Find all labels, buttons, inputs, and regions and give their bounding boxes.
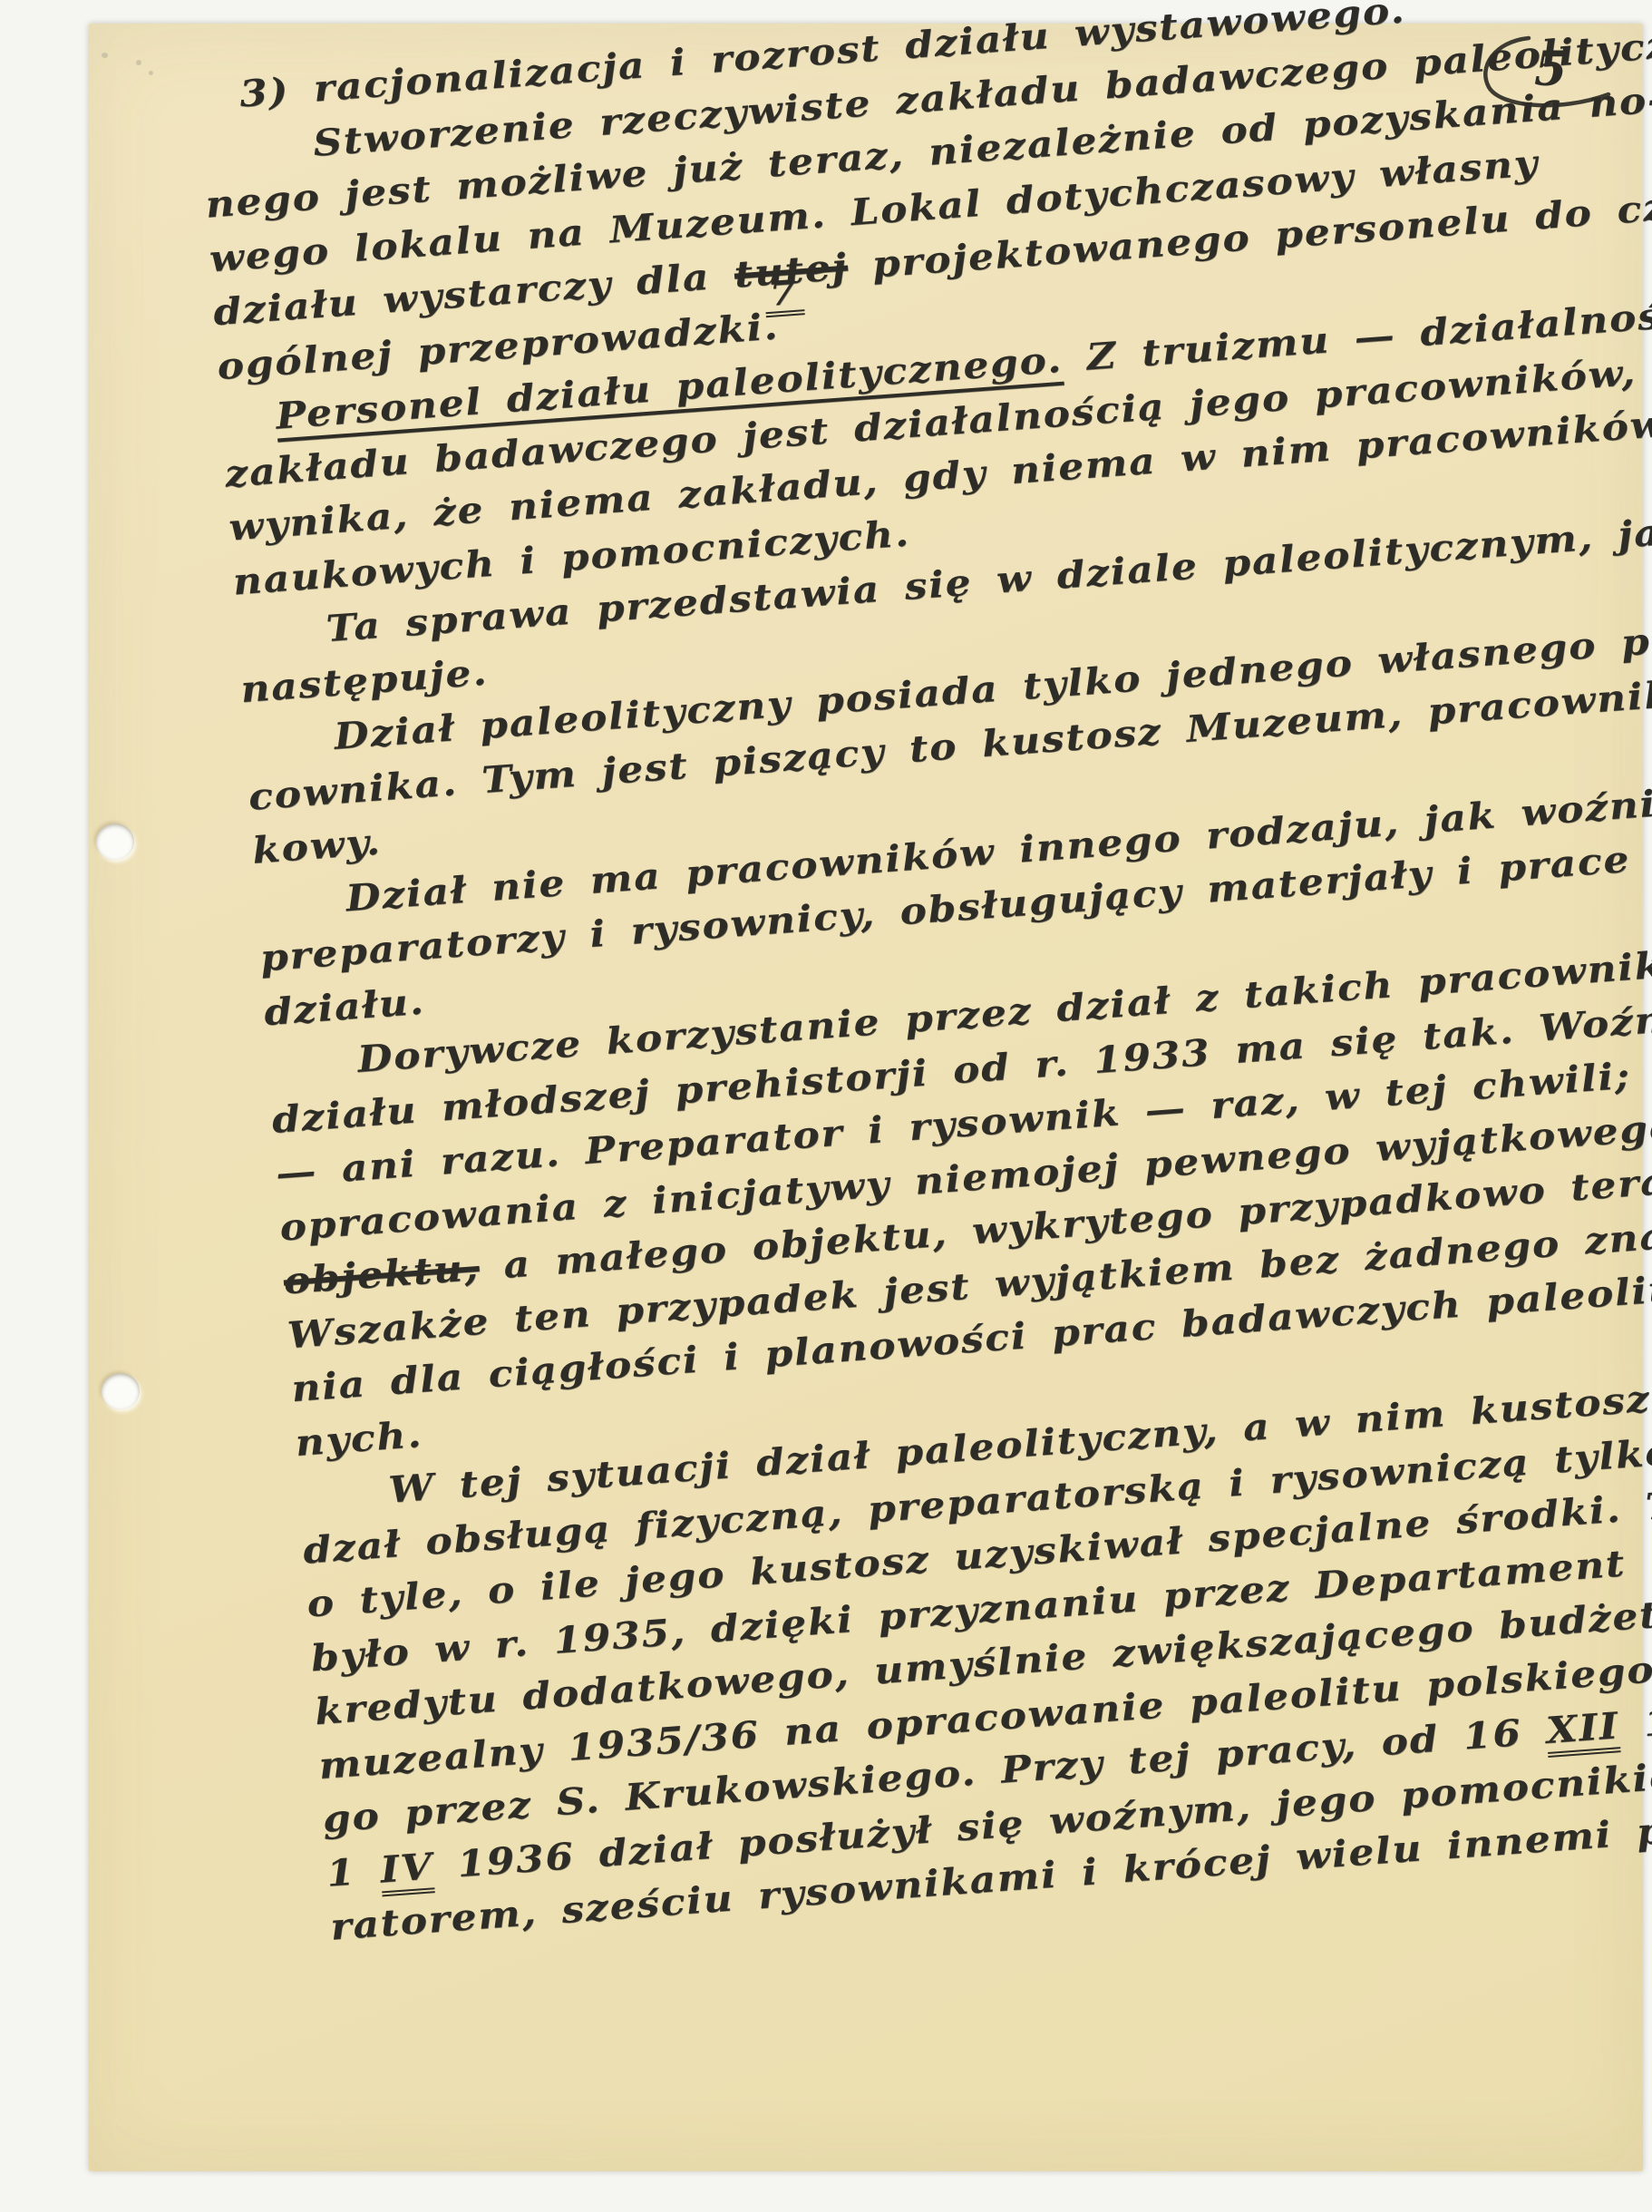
paper-speck [149,71,153,75]
paper-speck [102,53,108,58]
text-segment: nych. [294,1412,423,1464]
struck-word: tutej7 [733,240,850,302]
double-underlined-numeral: IV [379,1845,435,1896]
punch-hole-top [96,823,134,860]
text-segment: 1 [326,1848,383,1895]
scanned-document-screenshot: { "document": { "kind": "handwritten man… [0,0,1652,2212]
manuscript-lines: 3) racjonalizacja i rozrost działu wysta… [196,0,1652,1954]
text-segment: kowy. [251,820,383,872]
manuscript-paper-sheet: 5 3) racjonalizacja i rozrost działu wys… [89,24,1643,2171]
inserted-correction: 7 [763,274,804,318]
double-underlined-numeral: XII [1545,1704,1621,1758]
punch-hole-bottom [102,1373,140,1409]
paper-speck [136,60,141,65]
struck-word: objektu, [282,1246,481,1303]
text-segment: działu. [263,979,426,1034]
